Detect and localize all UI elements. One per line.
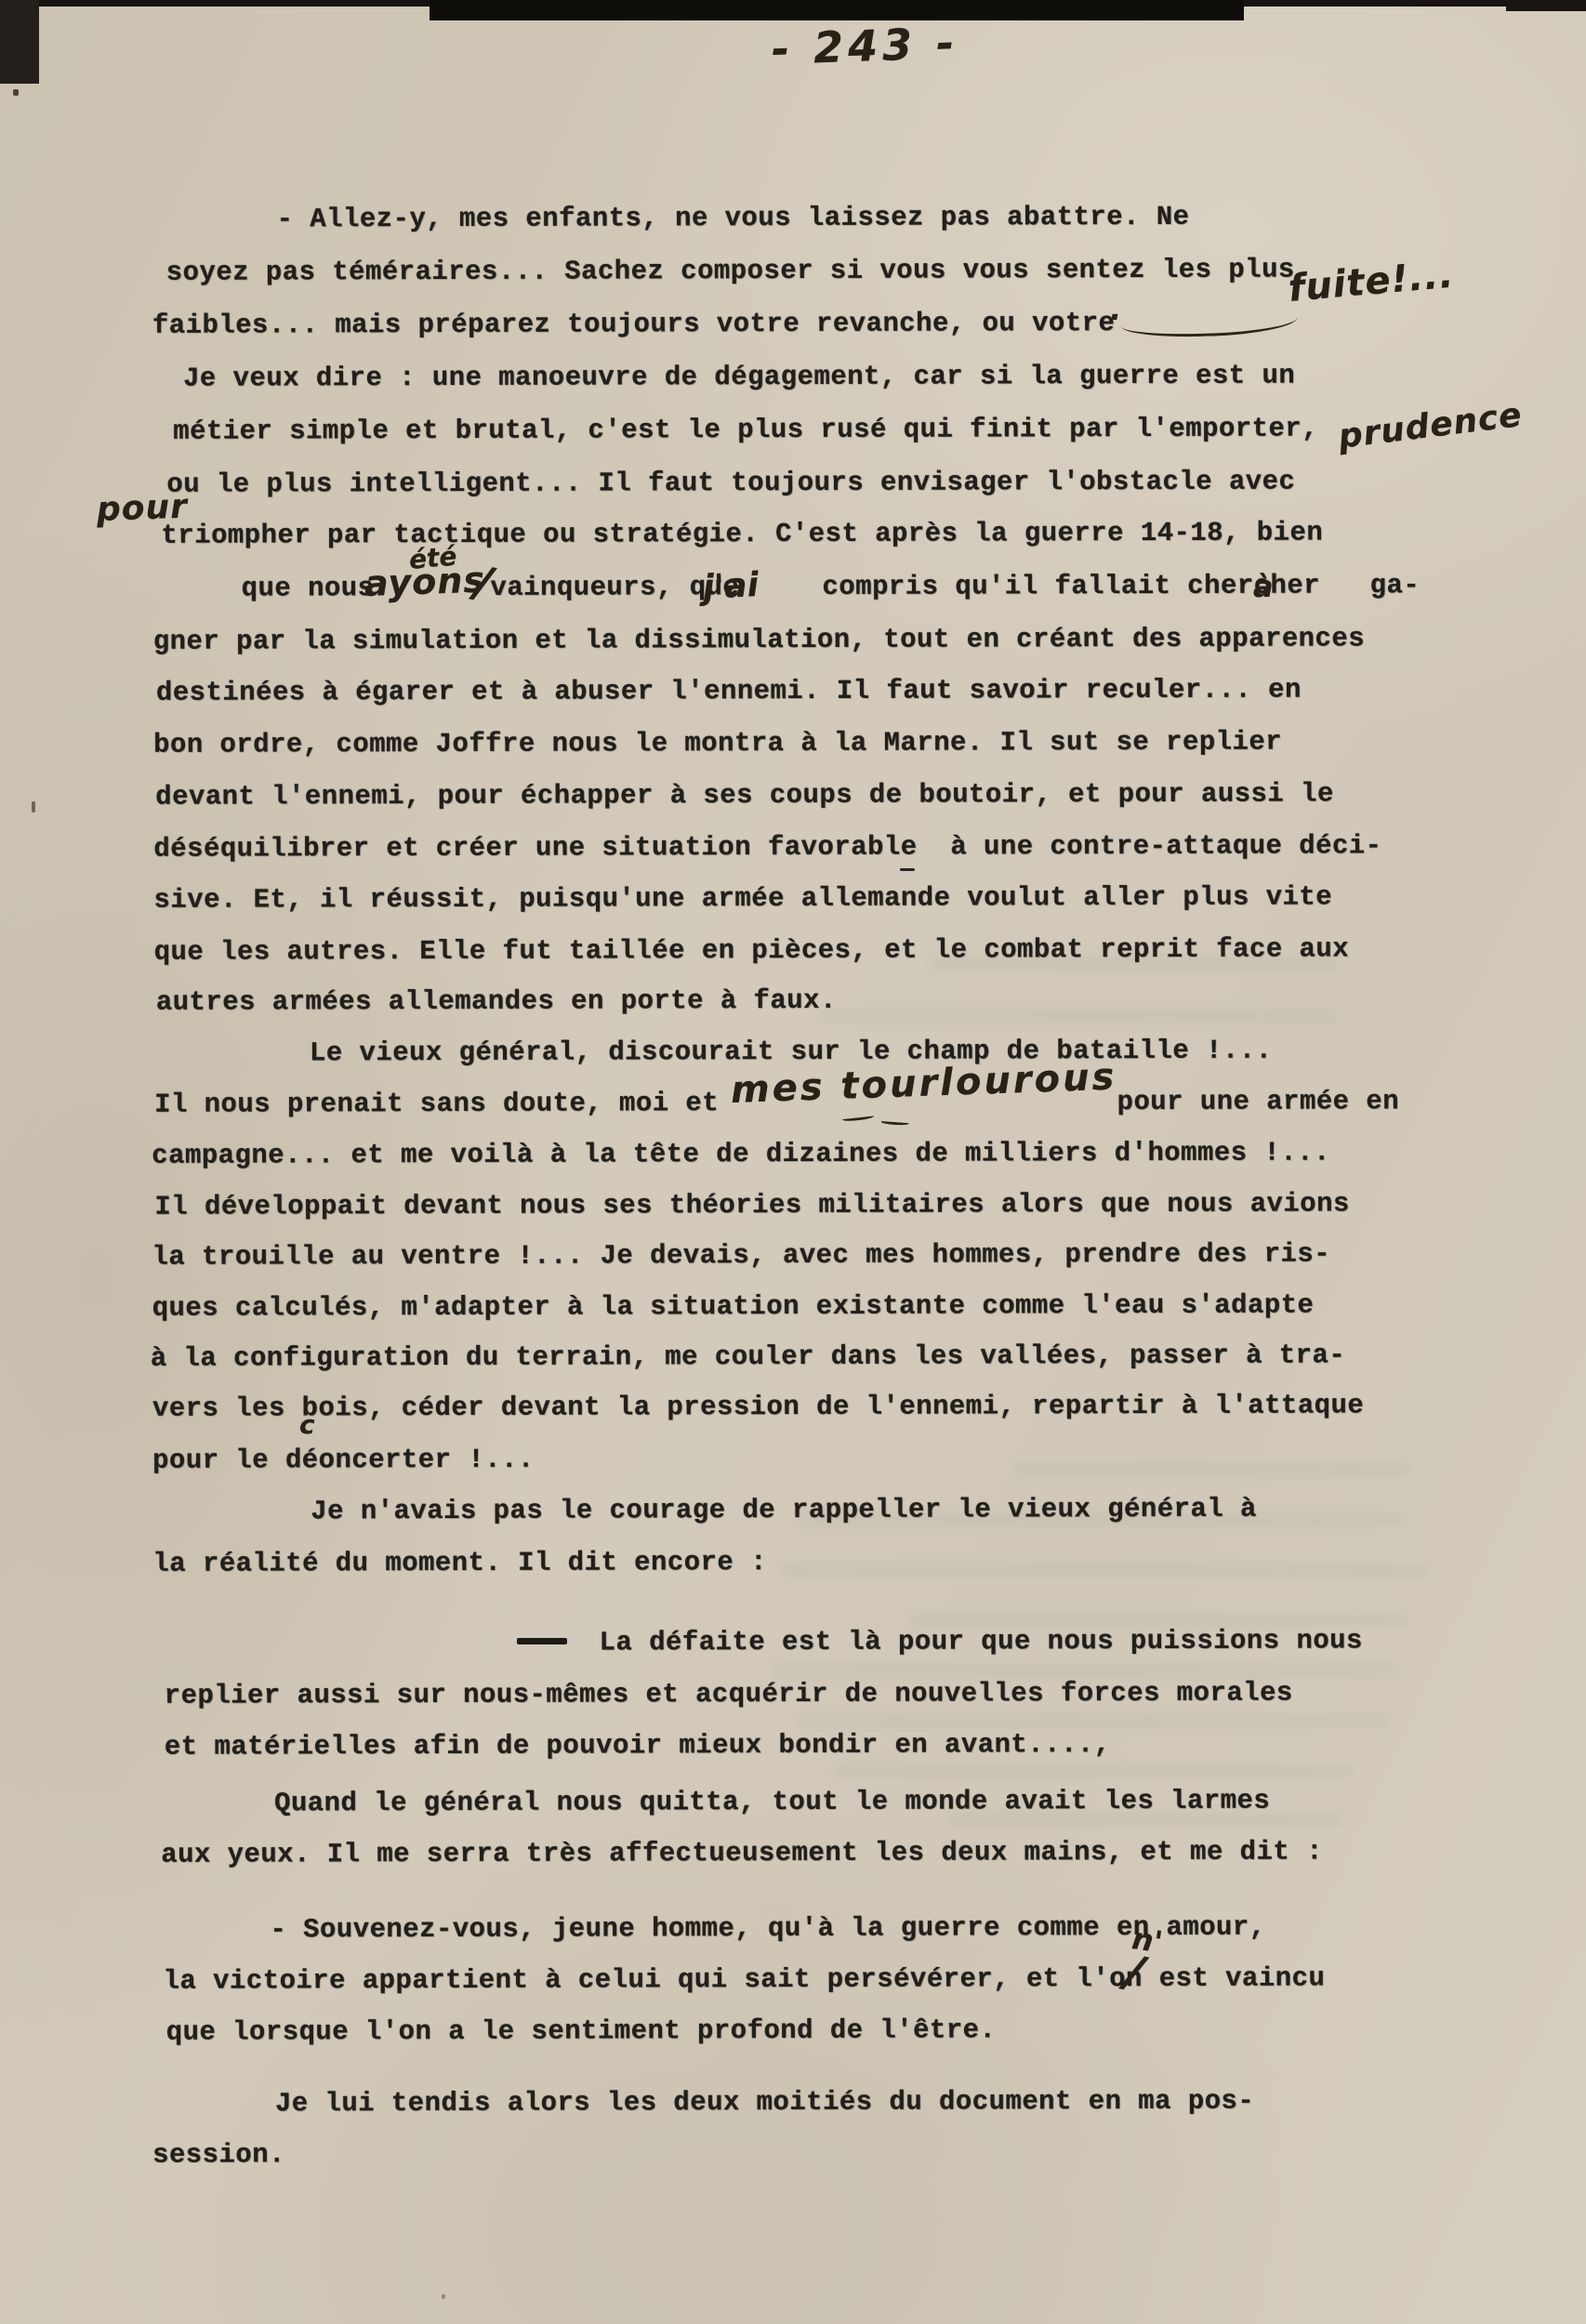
annotation-prudence: prudence (1337, 396, 1525, 456)
annotation-mes-tourlourous: mes tourlourous (730, 1056, 1117, 1112)
annotation-jai: j'ai (702, 566, 760, 607)
document-photo: - Allez-y, mes enfants, ne vous laissez … (0, 0, 1586, 2324)
annotation-pour-margin: pour (96, 488, 188, 529)
annotation-fuite: fuite!... (1287, 254, 1456, 310)
handwriting-layer: - 243 -fuite!....prudencepourayonsété/j'… (0, 0, 1586, 2324)
annotation-a-accent: à (1253, 569, 1274, 604)
annotation-ete: été (408, 541, 458, 575)
annotation-c-correction: c (299, 1409, 315, 1440)
annotation-period-before-fuite: . (1110, 292, 1121, 327)
page-number: - 243 - (771, 18, 959, 74)
annotation-slash-lon: / (1121, 1946, 1148, 2000)
